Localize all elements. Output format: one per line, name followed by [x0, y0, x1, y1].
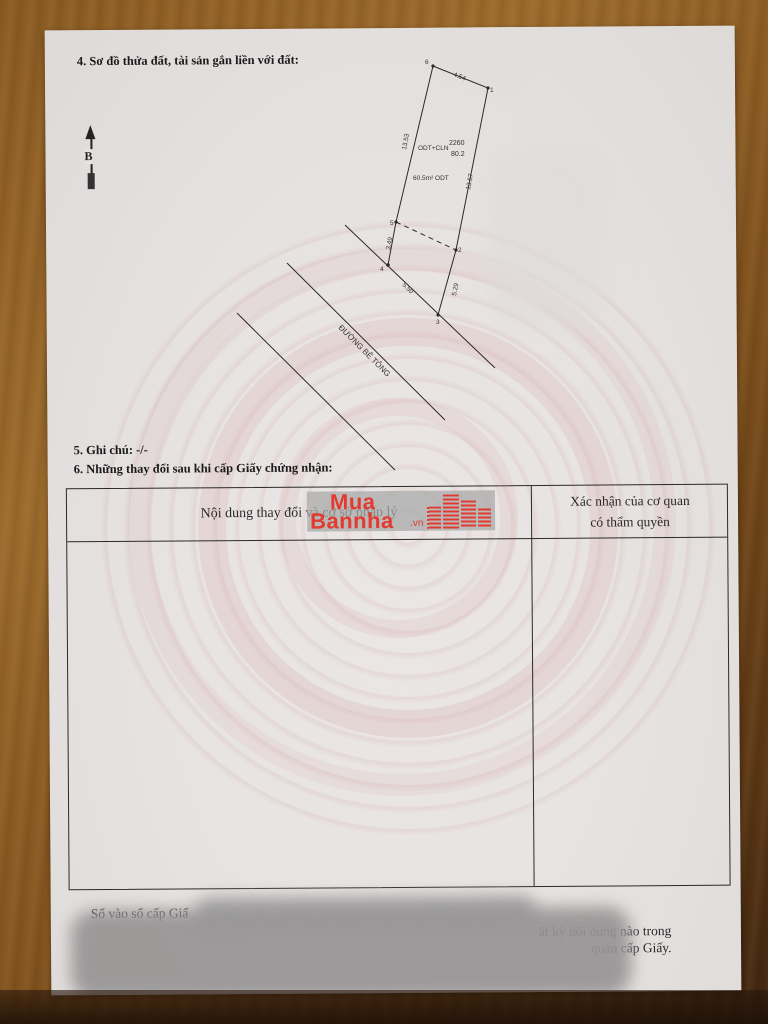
land-use-code: ODT+CLN: [418, 145, 449, 152]
parcel-boundary-left: [388, 66, 433, 265]
road-label: ĐƯỜNG BÊ TÔNG: [337, 323, 393, 379]
land-plot-diagram: 6 1 2 3 4 5 4.54 13.53 13.57 3.49 5.29 5…: [0, 0, 768, 1024]
sub-area-divider: [396, 222, 456, 250]
parcel-number: 2260: [449, 140, 465, 147]
edge-length-4-3: 5.50: [401, 281, 415, 295]
edge-length-1-2: 13.57: [465, 173, 475, 191]
vertex-label-5: 5: [390, 220, 394, 227]
edge-length-2-3: 5.29: [451, 282, 460, 296]
parcel-area: 80.2: [451, 151, 465, 158]
edge-length-6-1: 4.54: [452, 71, 467, 82]
edge-length-5-4: 3.49: [385, 236, 394, 250]
vertex-label-3: 3: [436, 319, 440, 326]
vertex-label-1: 1: [490, 87, 494, 94]
road-edge-line: [287, 263, 445, 420]
table-surface-shadow: [0, 990, 768, 1024]
road-edge-line: [237, 313, 395, 470]
edge-length-6-5: 13.53: [401, 133, 411, 151]
sub-area-label: 60.5m² ODT: [413, 175, 449, 182]
vertex-label-6: 6: [425, 59, 429, 66]
vertex-label-4: 4: [380, 266, 384, 273]
vertex-label-2: 2: [458, 247, 462, 254]
parcel-boundary-right: [433, 66, 488, 315]
